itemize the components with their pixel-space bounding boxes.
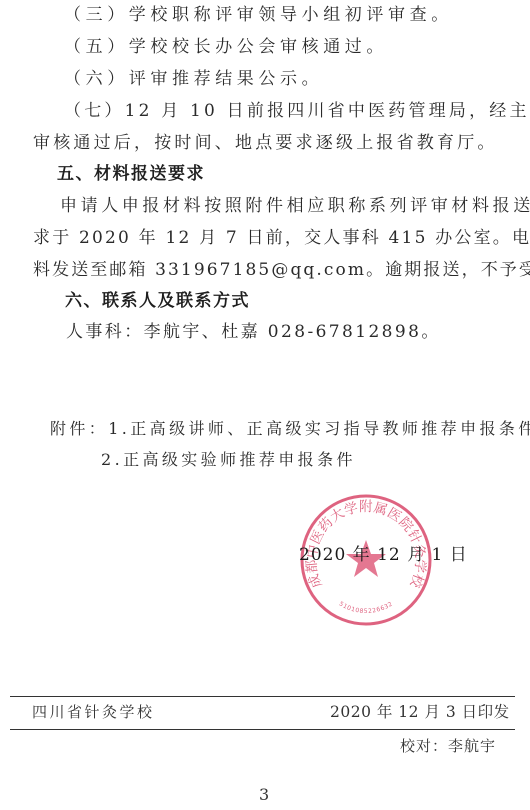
footer-issuer: 四川省针灸学校 bbox=[32, 702, 155, 722]
attachments-prefix: 附件： bbox=[50, 419, 108, 438]
signature-date: 2020 年 12 月 1 日 bbox=[299, 544, 468, 566]
section-5-body-line3: 料发送至邮箱 331967185@qq.com。逾期报送，不予受理。 bbox=[33, 259, 530, 281]
step-7-line1: （七）12 月 10 日前报四川省中医药管理局，经主管部门 bbox=[64, 100, 530, 122]
attachment-item-2: 2.正高级实验师推荐申报条件 bbox=[101, 449, 356, 471]
section-5-body-line2: 求于 2020 年 12 月 7 日前，交人事科 415 办公室。电子版材 bbox=[33, 227, 530, 249]
footer-issued-date: 2020 年 12 月 3 日印发 bbox=[330, 702, 510, 722]
seal-serial: 5101085226632 bbox=[338, 600, 395, 615]
attachments-line1: 附件：1.正高级讲师、正高级实习指导教师推荐申报条件 bbox=[50, 418, 530, 440]
attachment-item-1: 1.正高级讲师、正高级实习指导教师推荐申报条件 bbox=[108, 419, 530, 438]
step-7-line2: 审核通过后，按时间、地点要求逐级上报省教育厅。 bbox=[33, 132, 498, 154]
footer-rule-top bbox=[10, 696, 515, 697]
section-6-heading: 六、联系人及联系方式 bbox=[65, 290, 250, 312]
document-page: （三）学校职称评审领导小组初评审查。 （五）学校校长办公会审核通过。 （六）评审… bbox=[0, 0, 530, 810]
step-5: （五）学校校长办公会审核通过。 bbox=[64, 36, 388, 58]
step-6: （六）评审推荐结果公示。 bbox=[64, 68, 323, 90]
page-number: 3 bbox=[259, 785, 269, 804]
footer-proofreader: 校对：李航宇 bbox=[400, 736, 496, 756]
section-6-body: 人事科：李航宇、杜嘉 028-67812898。 bbox=[66, 321, 441, 343]
step-3: （三）学校职称评审领导小组初评审查。 bbox=[64, 4, 453, 26]
section-5-body-line1: 申请人申报材料按照附件相应职称系列评审材料报送要 bbox=[60, 195, 530, 217]
section-5-heading: 五、材料报送要求 bbox=[57, 163, 205, 185]
svg-text:5101085226632: 5101085226632 bbox=[338, 600, 395, 615]
footer-rule-bottom bbox=[10, 729, 515, 730]
